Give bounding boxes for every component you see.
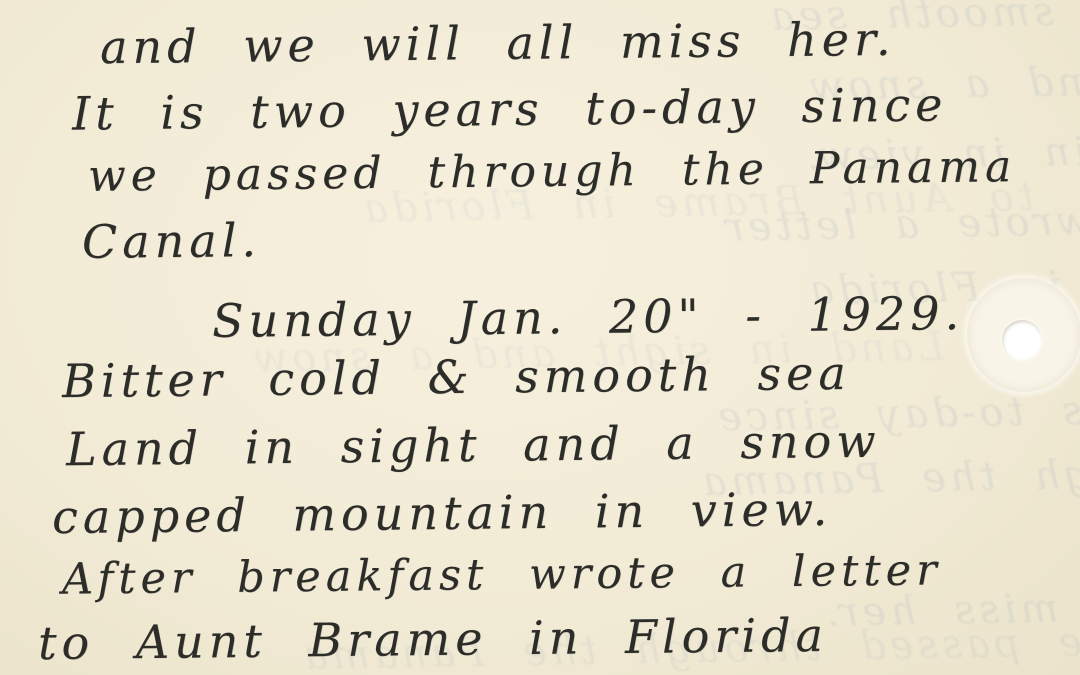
hole-punch bbox=[1002, 320, 1042, 360]
handwritten-line: capped mountain in view. bbox=[52, 482, 833, 544]
handwritten-line: Canal. bbox=[82, 213, 262, 269]
handwritten-line: It is two years to-day since bbox=[72, 77, 948, 140]
handwritten-line: we passed through the Panama bbox=[88, 141, 1017, 202]
diary-page: Bitter cold & smooth sea Land in sight a… bbox=[0, 0, 1080, 675]
handwritten-line: Bitter cold & smooth sea bbox=[62, 346, 851, 408]
handwriting-layer: and we will all miss her. It is two year… bbox=[0, 0, 1080, 675]
handwritten-line: Land in sight and a snow bbox=[66, 414, 881, 477]
handwritten-line: and we will all miss her. bbox=[100, 12, 896, 74]
hole-punch-reinforcement-ring bbox=[967, 278, 1080, 392]
diary-date-heading: Sunday Jan. 20" - 1929. bbox=[212, 286, 965, 348]
handwritten-line: to Aunt Brame in Florida bbox=[38, 608, 828, 670]
handwritten-line: After breakfast wrote a letter bbox=[62, 545, 942, 604]
